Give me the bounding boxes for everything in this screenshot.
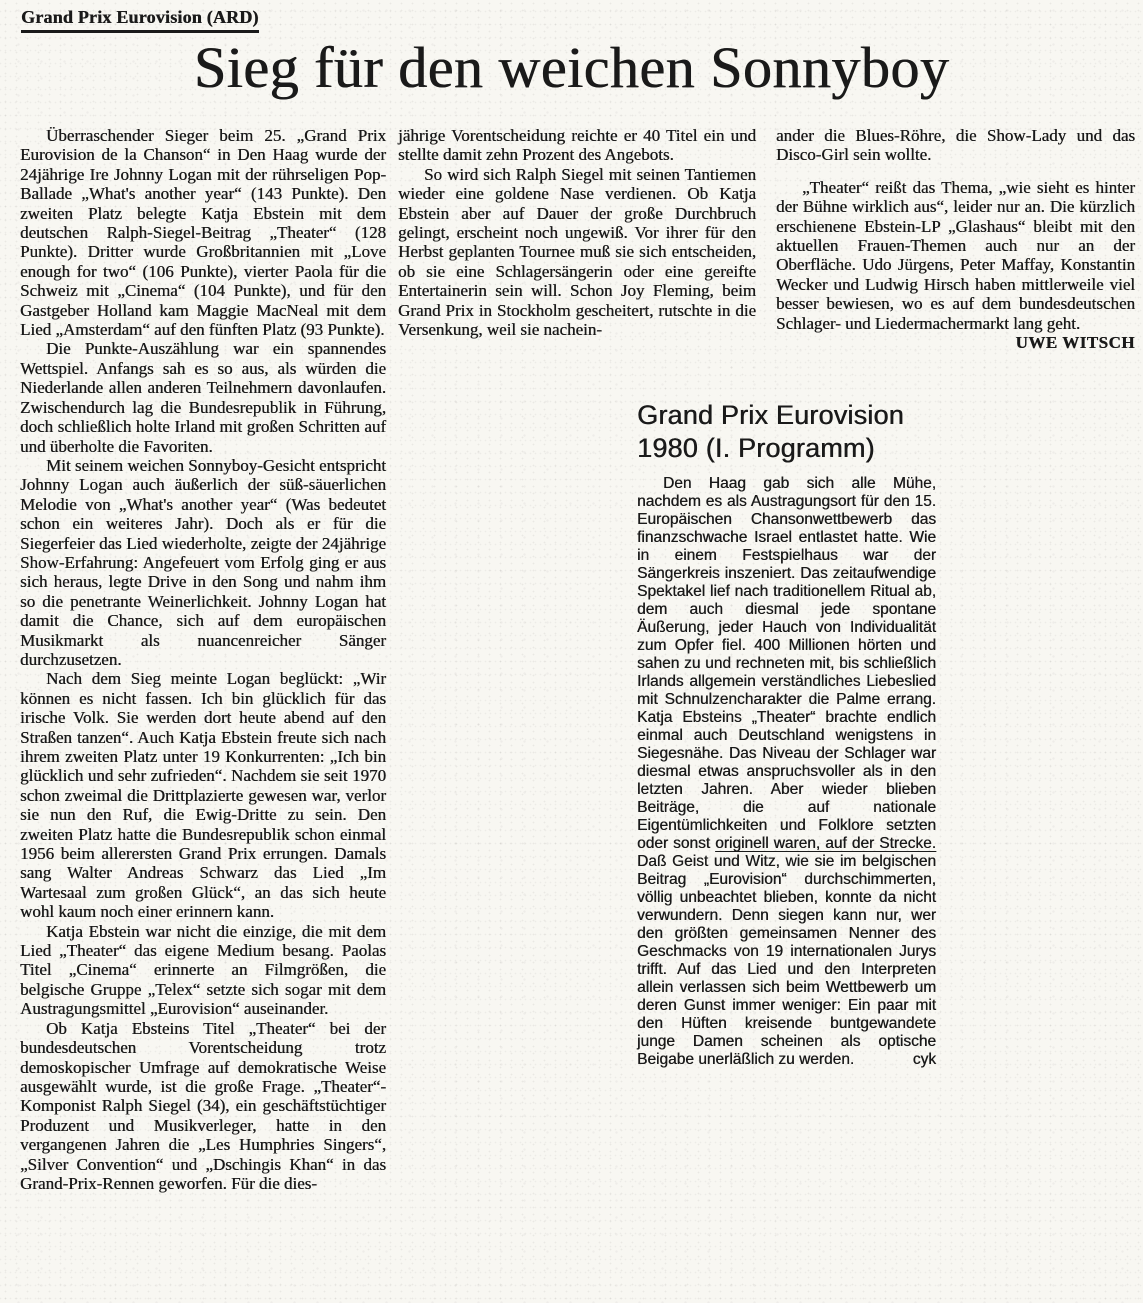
kicker: Grand Prix Eurovision (ARD) — [21, 6, 259, 33]
review-box: Grand Prix Eurovision 1980 (I. Programm)… — [637, 399, 936, 1069]
article-paragraph: Mit seinem weichen Sonnyboy-Gesicht ents… — [20, 456, 386, 669]
review-paragraph: Den Haag gab sich alle Mühe, nachdem es … — [637, 475, 936, 1069]
review-title-line2: 1980 (I. Programm) — [637, 432, 936, 465]
paragraph-text: „Theater“ reißt das Thema, „wie sieht es… — [776, 178, 1135, 333]
article-column-1: Überraschender Sieger beim 25. „Grand Pr… — [20, 126, 386, 1193]
article-paragraph: ander die Blues-Röhre, die Show-Lady und… — [776, 126, 1135, 165]
article-paragraph: Katja Ebstein war nicht die einzige, die… — [20, 922, 386, 1019]
newspaper-page: Grand Prix Eurovision (ARD) Sieg für den… — [0, 0, 1143, 1303]
article-paragraph: Überraschender Sieger beim 25. „Grand Pr… — [20, 126, 386, 339]
article-column-3: ander die Blues-Röhre, die Show-Lady und… — [776, 126, 1135, 352]
review-text: Daß Geist und Witz, wie sie im belgische… — [637, 853, 936, 1068]
review-text-underlined: originell waren, auf der Strecke. — [715, 835, 936, 852]
article-paragraph: Nach dem Sieg meinte Logan beglückt: „Wi… — [20, 669, 386, 921]
author-byline: UWE WITSCH — [990, 333, 1135, 352]
article-column-2: jährige Vorentscheidung reichte er 40 Ti… — [398, 126, 756, 339]
article-paragraph: Die Punkte-Auszählung war ein spannendes… — [20, 339, 386, 455]
article-paragraph: jährige Vorentscheidung reichte er 40 Ti… — [398, 126, 756, 165]
review-text: Den Haag gab sich alle Mühe, nachdem es … — [637, 475, 936, 852]
review-title: Grand Prix Eurovision 1980 (I. Programm) — [637, 399, 936, 465]
review-title-line1: Grand Prix Eurovision — [637, 399, 936, 432]
article-paragraph: Ob Katja Ebsteins Titel „Theater“ bei de… — [20, 1019, 386, 1194]
article-paragraph: So wird sich Ralph Siegel mit seinen Tan… — [398, 165, 756, 340]
headline: Sieg für den weichen Sonnyboy — [0, 38, 1143, 99]
review-signature: cyk — [887, 1051, 936, 1069]
article-paragraph: „Theater“ reißt das Thema, „wie sieht es… — [776, 178, 1135, 333]
